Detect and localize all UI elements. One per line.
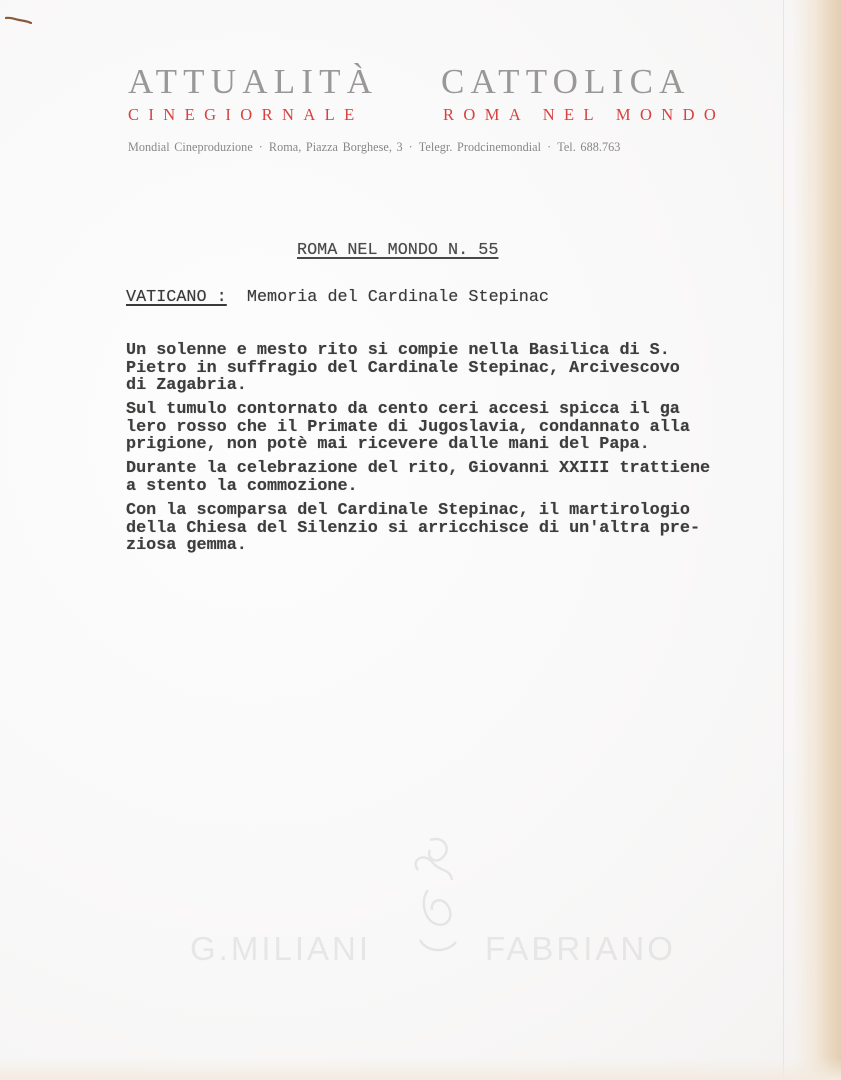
document-body: Un solenne e mesto rito si compie nella … bbox=[126, 342, 710, 561]
paragraph: Un solenne e mesto rito si compie nella … bbox=[126, 342, 710, 395]
paper-aged-edge bbox=[793, 0, 841, 1080]
letterhead-subtitle-left: CINEGIORNALE bbox=[128, 107, 364, 124]
fleur-emblem-icon bbox=[390, 830, 480, 970]
text-line: Un solenne e mesto rito si compie nella … bbox=[126, 342, 710, 360]
text-line: Sul tumulo contornato da cento ceri acce… bbox=[126, 401, 710, 419]
paper-watermark: G.MILIANI FABRIANO bbox=[190, 830, 710, 990]
text-line: Pietro in suffragio del Cardinale Stepin… bbox=[126, 360, 710, 378]
separator: · bbox=[547, 140, 551, 155]
letterhead-subtitle-right: ROMA NEL MONDO bbox=[443, 107, 725, 124]
text-line: lero rosso che il Primate di Jugoslavia,… bbox=[126, 419, 710, 437]
subject-title: Memoria del Cardinale Stepinac bbox=[247, 288, 549, 307]
text-line: Con la scomparsa del Cardinale Stepinac,… bbox=[126, 502, 710, 520]
separator: · bbox=[409, 140, 413, 155]
staple-mark-icon bbox=[5, 16, 32, 24]
paper-bottom-edge bbox=[0, 1058, 841, 1080]
watermark-right-text: FABRIANO bbox=[485, 930, 676, 968]
text-line: a stento la commozione. bbox=[126, 478, 710, 496]
separator: · bbox=[259, 140, 263, 155]
telephone: Tel. 688.763 bbox=[557, 140, 620, 154]
subject-label: VATICANO : bbox=[126, 288, 227, 307]
letterhead-title-right: CATTOLICA bbox=[441, 64, 691, 99]
document-subject: VATICANO : Memoria del Cardinale Stepina… bbox=[126, 289, 549, 307]
paragraph: Durante la celebrazione del rito, Giovan… bbox=[126, 460, 710, 495]
text-line: ziosa gemma. bbox=[126, 537, 710, 555]
company-name: Mondial Cineproduzione bbox=[128, 140, 253, 154]
text-line: della Chiesa del Silenzio si arricchisce… bbox=[126, 520, 710, 538]
document-heading: ROMA NEL MONDO N. 55 bbox=[297, 242, 498, 260]
paragraph: Sul tumulo contornato da cento ceri acce… bbox=[126, 401, 710, 454]
paragraph: Con la scomparsa del Cardinale Stepinac,… bbox=[126, 502, 710, 555]
letterhead-title-left: ATTUALITÀ bbox=[128, 64, 378, 99]
paper-fold-line bbox=[783, 0, 784, 1080]
text-line: di Zagabria. bbox=[126, 377, 710, 395]
letterhead-address: Mondial Cineproduzione·Roma, Piazza Borg… bbox=[128, 140, 620, 155]
street-address: Roma, Piazza Borghese, 3 bbox=[269, 140, 403, 154]
text-line: Durante la celebrazione del rito, Giovan… bbox=[126, 460, 710, 478]
text-line: prigione, non potè mai ricevere dalle ma… bbox=[126, 436, 710, 454]
watermark-left-text: G.MILIANI bbox=[190, 930, 371, 968]
telegraph-address: Telegr. Prodcinemondial bbox=[419, 140, 541, 154]
